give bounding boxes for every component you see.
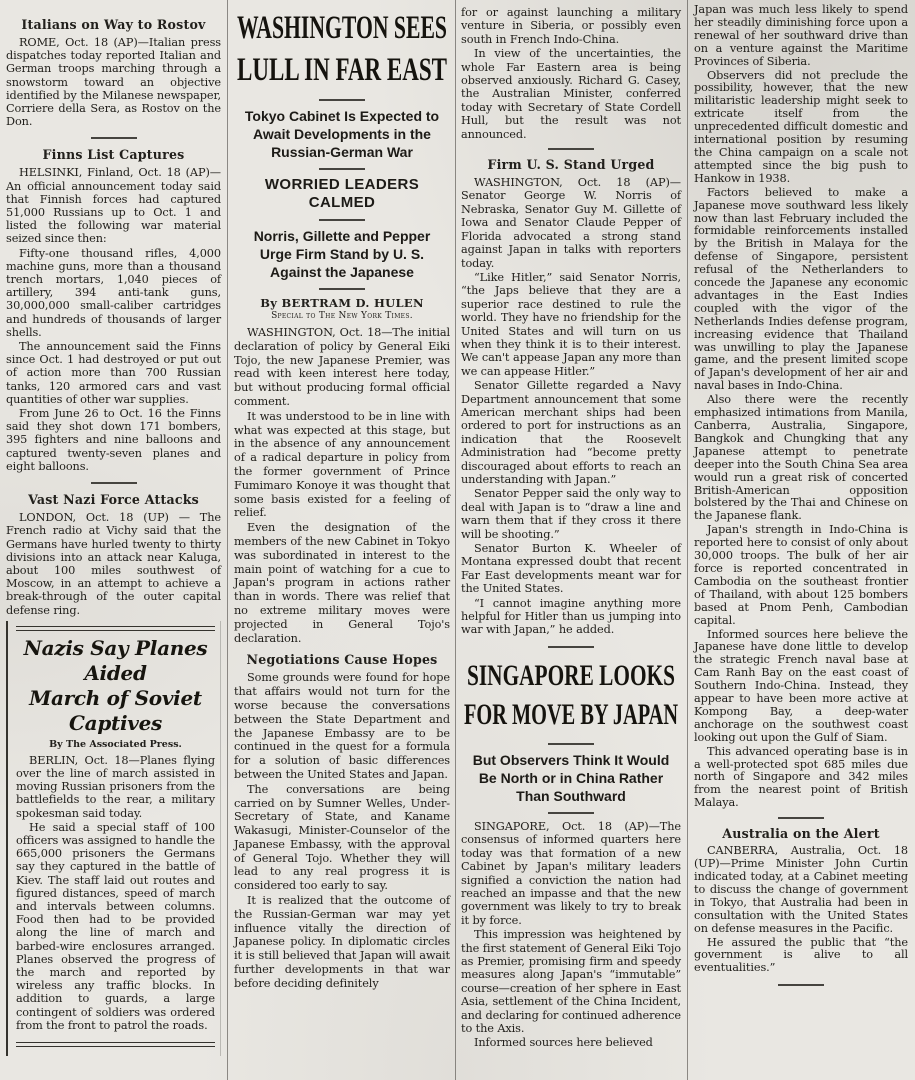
paragraph: Informed sources here believe the Japane… [694,629,908,745]
paragraph: for or against launching a military vent… [461,6,681,46]
column-4: Japan was much less likely to spend her … [694,0,908,994]
paragraph: LONDON, Oct. 18 (UP) — The French radio … [6,511,221,617]
article-nazi-force: Vast Nazi Force Attacks LONDON, Oct. 18 … [6,492,221,617]
column-rule-3 [687,0,688,1080]
paragraph: Senator Pepper said the only way to deal… [461,487,681,541]
box-headline-line2: March of Soviet Captives [29,686,202,735]
deck-divider [319,219,365,221]
paragraph: SINGAPORE, Oct. 18 (AP)—The consensus of… [461,820,681,927]
main-headline: WASHINGTON SEES LULL IN FAR EAST [234,6,450,88]
paragraph: ROME, Oct. 18 (AP)—Italian press dispatc… [6,36,221,128]
subhead-australia-alert: Australia on the Alert [694,826,908,841]
section-divider [91,137,137,139]
column-rule-2 [455,0,456,1080]
paragraph: Japan's strength in Indo-China is report… [694,524,908,627]
article-italians-rostov: Italians on Way to Rostov ROME, Oct. 18 … [6,17,221,128]
deck-divider [319,99,365,101]
section-divider [778,817,824,819]
paragraph: From June 26 to Oct. 16 the Finns said t… [6,407,221,473]
article-nazis-planes-box: Nazis Say Planes Aided March of Soviet C… [6,621,221,1056]
box-headline: Nazis Say Planes Aided March of Soviet C… [16,636,215,736]
paragraph: In view of the uncertainties, the whole … [461,47,681,141]
paragraph: The conversations are being carried on b… [234,783,450,893]
section-divider [548,646,594,648]
paragraph: He said a special staff of 100 officers … [16,821,215,1032]
paragraph: Japan was much less likely to spend her … [694,4,908,69]
paragraph: The announcement said the Finns since Oc… [6,340,221,406]
end-divider [778,984,824,986]
article-headline: Finns List Captures [6,147,221,162]
paragraph: Some grounds were found for hope that af… [234,671,450,781]
deck-divider [548,743,594,745]
paragraph: This advanced operating base is in a wel… [694,746,908,811]
subhead-negotiations: Negotiations Cause Hopes [234,652,450,667]
column-3: for or against launching a military vent… [461,0,681,1051]
column-rule-1 [227,0,228,1080]
main-headline-line2: LULL IN FAR EAST [237,52,447,88]
paragraph: It was understood to be in line with wha… [234,410,450,520]
article-headline: Italians on Way to Rostov [6,17,221,32]
paragraph: This impression was heightened by the fi… [461,928,681,1035]
paragraph: Even the designation of the members of t… [234,521,450,645]
paragraph: He assured the public that “the governme… [694,937,908,976]
section-divider [91,482,137,484]
paragraph: Observers did not preclude the possibili… [694,70,908,186]
paragraph: Also there were the recently emphasized … [694,394,908,523]
paragraph: WASHINGTON, Oct. 18 (AP)—Senator George … [461,176,681,270]
deck-singapore: But Observers Think It Would Be North or… [465,751,677,805]
paragraph: “I cannot imagine anything more helpful … [461,597,681,637]
byline: By BERTRAM D. HULEN [234,296,450,310]
box-byline: By The Associated Press. [16,739,215,750]
paragraph: It is realized that the outcome of the R… [234,894,450,991]
paragraph: WASHINGTON, Oct. 18—The initial declarat… [234,326,450,409]
paragraph: Informed sources here believed [461,1036,681,1049]
newspaper-page: Italians on Way to Rostov ROME, Oct. 18 … [0,0,915,1080]
deck-divider [319,168,365,170]
paragraph: Senator Burton K. Wheeler of Montana exp… [461,542,681,596]
singapore-headline-line2: FOR MOVE BY JAPAN [464,698,678,731]
subhead-firm-us-stand: Firm U. S. Stand Urged [461,157,681,172]
column-1: Italians on Way to Rostov ROME, Oct. 18 … [6,0,221,1056]
box-bottom-rule [16,1042,215,1047]
paragraph: HELSINKI, Finland, Oct. 18 (AP)—An offic… [6,166,221,245]
article-finns-captures: Finns List Captures HELSINKI, Finland, O… [6,147,221,473]
article-headline: Vast Nazi Force Attacks [6,492,221,507]
main-headline-line1: WASHINGTON SEES [237,10,447,46]
column-2: WASHINGTON SEES LULL IN FAR EAST Tokyo C… [234,0,450,992]
paragraph: CANBERRA, Australia, Oct. 18 (UP)—Prime … [694,845,908,935]
paragraph: Fifty-one thousand rifles, 4,000 machine… [6,247,221,339]
paragraph: Senator Gillette regarded a Navy Departm… [461,379,681,486]
deck-norris-gillette: Norris, Gillette and Pepper Urge Firm St… [238,227,446,281]
paragraph: “Like Hitler,” said Senator Norris, “the… [461,271,681,378]
section-divider [548,148,594,150]
box-top-rule [16,626,215,631]
deck-divider [548,812,594,814]
byline-credit: Special to The New York Times. [234,311,450,321]
singapore-headline: SINGAPORE LOOKS FOR MOVE BY JAPAN [461,656,681,732]
deck-tokyo-cabinet: Tokyo Cabinet Is Expected to Await Devel… [238,107,446,161]
deck-divider [319,288,365,290]
deck-worried-leaders: WORRIED LEADERS CALMED [238,176,446,212]
singapore-headline-line1: SINGAPORE LOOKS [467,659,675,692]
paragraph: Factors believed to make a Japanese move… [694,187,908,394]
paragraph: BERLIN, Oct. 18—Planes flying over the l… [16,754,215,820]
box-headline-line1: Nazis Say Planes Aided [24,636,208,685]
